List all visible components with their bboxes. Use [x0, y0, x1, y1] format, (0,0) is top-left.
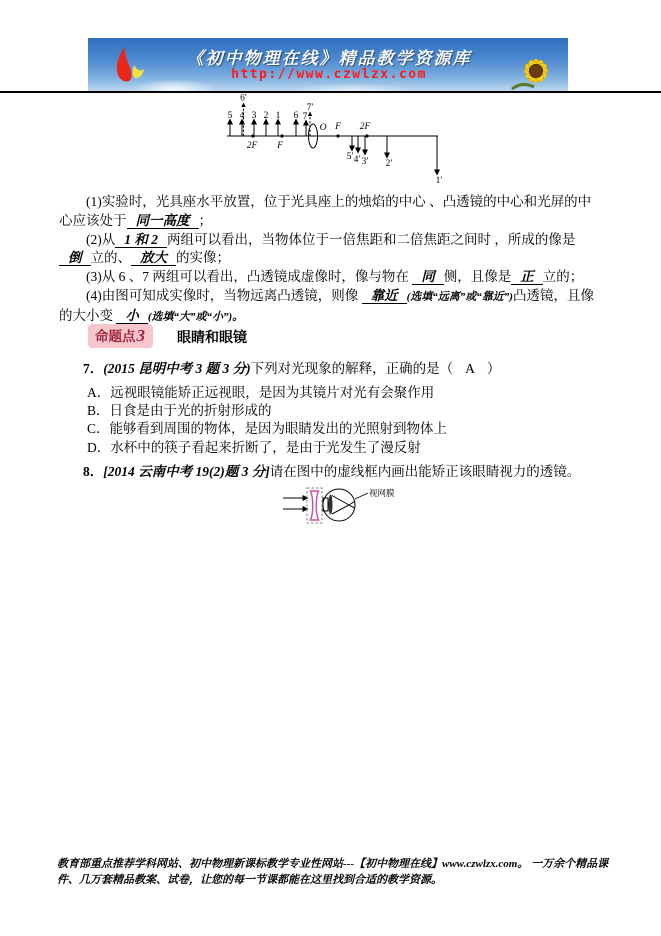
q7-option-d: D．水杯中的筷子看起来折断了，是由于光发生了漫反射: [59, 439, 604, 457]
incident-ray-arrows: [283, 496, 308, 511]
q2-text-2: 两组可以看出，当物体位于一倍焦距和二倍焦距之间时 ，所成的像是: [167, 232, 575, 247]
banner-url-link[interactable]: http://www.czwlzx.com: [152, 68, 506, 82]
svg-text:2: 2: [264, 111, 269, 121]
svg-text:7: 7: [303, 112, 308, 122]
site-banner: 《初中物理在线》精品教学资源库 http://www.czwlzx.com: [88, 38, 568, 91]
crystalline-lens: [329, 495, 333, 515]
banner-text: 《初中物理在线》精品教学资源库 http://www.czwlzx.com: [152, 50, 506, 81]
q7-option-b: B．日食是由于光的折射形成的: [59, 402, 604, 420]
topic-badge-number: 3: [137, 326, 146, 345]
section-title: 眼睛和眼镜: [177, 327, 247, 347]
q2-answer-blank-1: 1 和 2: [115, 232, 167, 248]
svg-text:4: 4: [240, 111, 245, 121]
object-labels: 5 4 3 2 1 6 7: [228, 111, 308, 122]
q1-text-end: ；: [199, 213, 213, 228]
q7-option-c: C．能够看到周围的物体，是因为眼睛发出的光照射到物体上: [59, 420, 604, 438]
retina-label: 视网膜: [369, 488, 395, 498]
q3-answer-blank-2: 正: [511, 269, 543, 285]
retina-pointer-line: [355, 493, 368, 499]
svg-text:5: 5: [228, 111, 233, 121]
svg-text:7′: 7′: [307, 103, 314, 113]
q4-hint-2: (选填“大”或“小”)。: [148, 311, 243, 323]
q8-source: [2014 云南中考 19(2)题 3 分]: [103, 464, 269, 479]
refracted-rays: [332, 496, 355, 515]
topic-badge: 命题点3: [88, 324, 153, 348]
svg-text:4′: 4′: [354, 155, 361, 165]
question-7-options: A．远视眼镜能矫正远视眼，是因为其镜片对光有会聚作用 B．日食是由于光的折射形成…: [59, 384, 604, 457]
q7-option-a: A．远视眼镜能矫正远视眼，是因为其镜片对光有会聚作用: [59, 384, 604, 402]
q2-text-end: 的实像；: [176, 250, 230, 265]
svg-text:2F: 2F: [247, 141, 258, 151]
real-image-arrows: [350, 136, 439, 175]
lens-experiment-diagram: 5 4 3 2 1 6 7 6′ 7′ 5′ 4′ 3′ 2′ 1′ 2F F …: [195, 92, 450, 192]
question-4: (4)由图可知成实像时，当物远离凸透镜，则像 靠近(选填“远离”或“靠近”)凸透…: [59, 287, 604, 327]
q3-text-end: 立的；: [543, 269, 584, 284]
svg-text:F: F: [276, 141, 283, 151]
q2-answer-blank-2: 倒: [59, 250, 91, 266]
svg-text:5′: 5′: [347, 152, 354, 162]
svg-text:2F: 2F: [360, 122, 371, 132]
q3-text-2: 侧，且像是: [444, 269, 512, 284]
svg-text:2′: 2′: [386, 159, 393, 169]
section-heading: 命题点3 眼睛和眼镜: [88, 324, 247, 348]
q8-stem-text: 请在图中的虚线框内画出能矫正该眼睛视力的透镜。: [270, 464, 581, 479]
q7-source: (2015 昆明中考 3 题 3 分): [103, 361, 250, 376]
question-7-stem: 7．(2015 昆明中考 3 题 3 分)下列对光现象的解释，正确的是（A）: [59, 357, 604, 377]
svg-text:3: 3: [252, 111, 257, 121]
q7-stem-text: 下列对光现象的解释，正确的是（: [251, 361, 454, 376]
svg-text:F: F: [334, 122, 341, 132]
topic-badge-label: 命题点: [95, 329, 136, 344]
object-arrows: [228, 120, 308, 137]
fill-in-questions: (1)实验时，光具座水平放置，位于光具座上的烛焰的中心 、凸透镜的中心和光屏的中…: [59, 193, 604, 327]
q4-text: (4)由图可知成实像时，当物远离凸透镜，则像: [86, 288, 362, 303]
eye-correction-diagram: 视网膜: [279, 481, 414, 543]
svg-text:1′: 1′: [436, 176, 443, 186]
q3-answer-blank-1: 同: [412, 269, 444, 285]
q3-text: (3)从 6 、7 两组可以看出，凸透镜成虚像时，像与物在: [86, 269, 412, 284]
site-logo-icon: [110, 43, 152, 87]
svg-text:3′: 3′: [362, 157, 369, 167]
svg-text:6: 6: [294, 111, 299, 121]
question-3: (3)从 6 、7 两组可以看出，凸透镜成虚像时，像与物在 同侧，且像是正立的；: [59, 268, 604, 287]
sunflower-icon: [506, 47, 560, 92]
svg-text:O: O: [320, 123, 327, 133]
q7-stem-end: ）: [487, 361, 501, 376]
svg-text:6′: 6′: [240, 94, 247, 104]
q7-answer: A: [453, 361, 487, 376]
q2-answer-blank-3: 放大: [131, 250, 176, 266]
q4-answer-blank-1: 靠近: [362, 288, 407, 304]
image-labels: 5′ 4′ 3′ 2′ 1′: [347, 152, 443, 186]
q4-answer-blank-2: 小: [116, 308, 148, 324]
footer-promo-text: 教育部重点推荐学科网站、初中物理新课标教学专业性网站---【初中物理在线】www…: [57, 856, 609, 888]
question-2: (2)从1 和 2两组可以看出，当物体位于一倍焦距和二倍焦距之间时 ，所成的像是…: [59, 231, 604, 269]
q2-text: (2)从: [86, 232, 115, 247]
q1-answer-blank: 同一高度: [127, 213, 199, 229]
q7-number: 7．: [83, 361, 103, 376]
q8-number: 8．: [83, 464, 103, 479]
q4-hint-1: (选填“远离”或“靠近”): [407, 291, 513, 303]
question-8-stem: 8．[2014 云南中考 19(2)题 3 分]请在图中的虚线框内画出能矫正该眼…: [59, 460, 604, 480]
svg-text:1: 1: [276, 111, 281, 121]
question-1: (1)实验时，光具座水平放置，位于光具座上的烛焰的中心 、凸透镜的中心和光屏的中…: [59, 193, 604, 231]
banner-title: 《初中物理在线》精品教学资源库: [152, 50, 506, 68]
q2-text-3: 立的、: [91, 250, 132, 265]
concave-lens-answer: [311, 491, 319, 520]
